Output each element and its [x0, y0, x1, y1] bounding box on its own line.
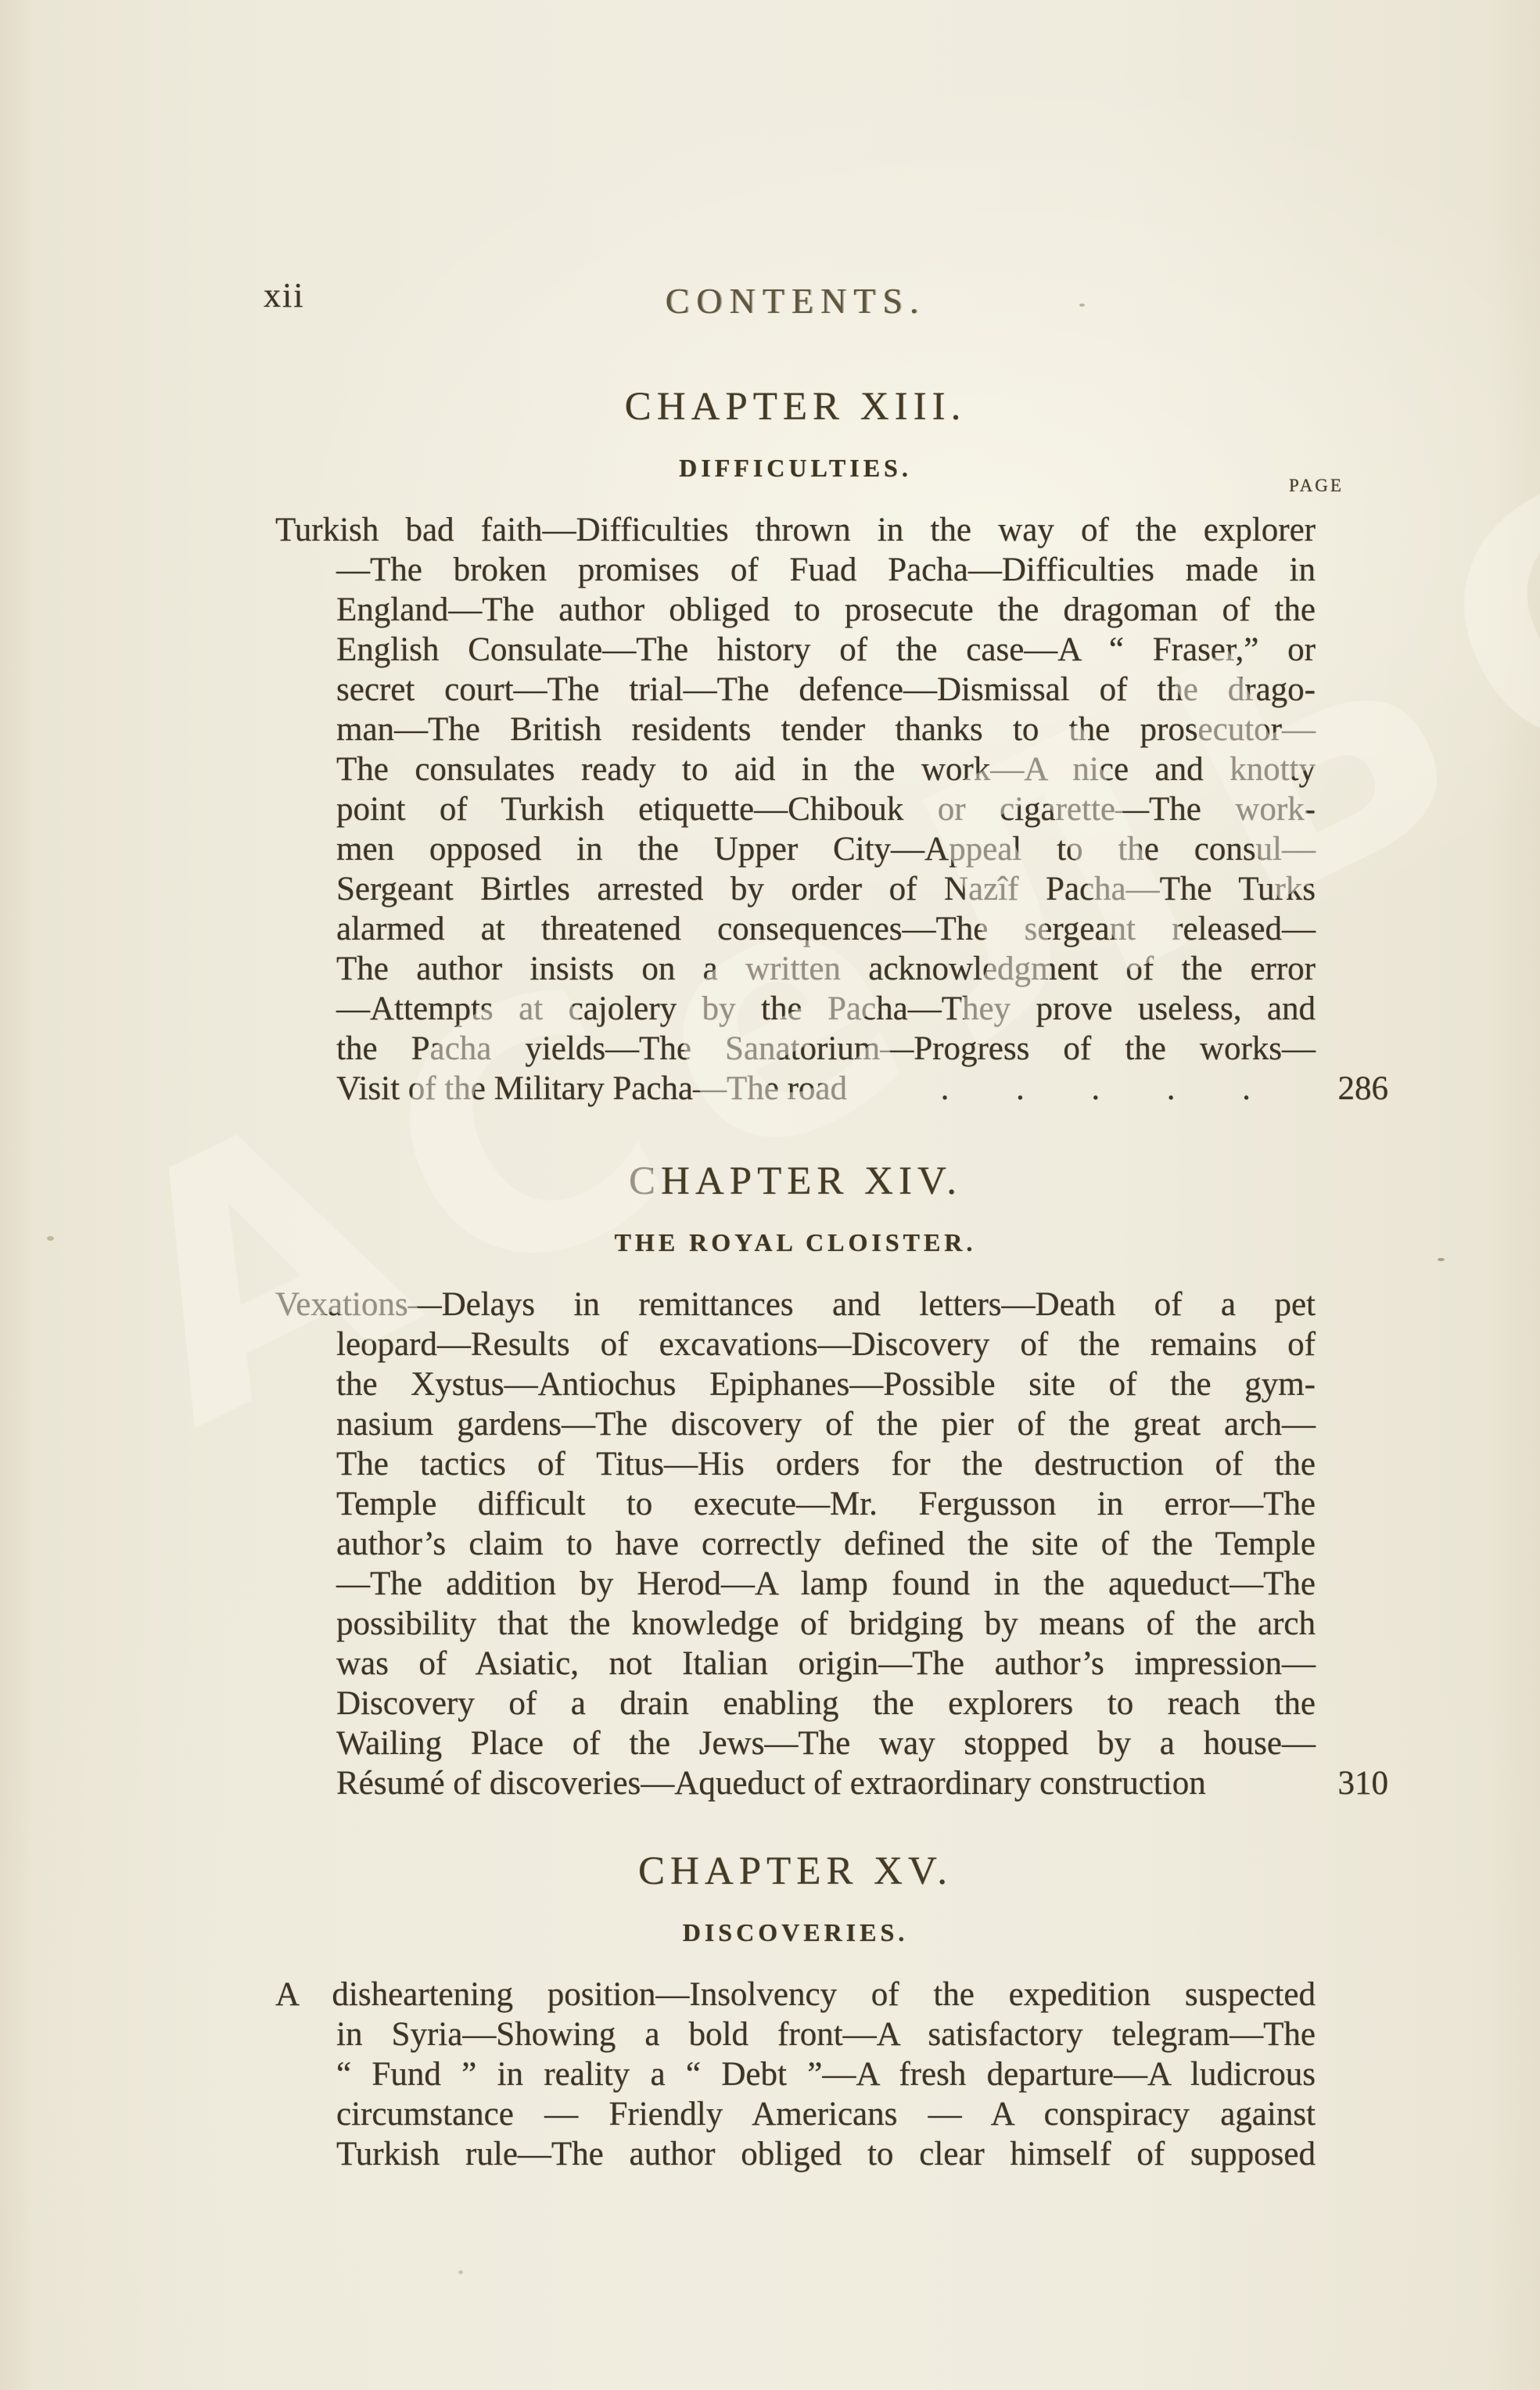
toc-line: in Syria—Showing a bold front—A satisfac… — [275, 2014, 1316, 2054]
toc-line: Turkish bad faith—Difficulties thrown in… — [275, 510, 1316, 550]
toc-line: point of Turkish etiquette—Chibouk or ci… — [275, 789, 1316, 829]
chapter-page-number: 286 — [1338, 1069, 1389, 1109]
toc-line: Wailing Place of the Jews—The way stoppe… — [275, 1723, 1316, 1763]
toc-line: Vexations—Delays in remittances and lett… — [275, 1285, 1316, 1324]
chapter-subtitle: DISCOVERIES. — [275, 1917, 1316, 1948]
leader-dot: . — [1016, 1069, 1025, 1109]
toc-line: The author insists on a written acknowle… — [275, 949, 1316, 989]
toc-line: men opposed in the Upper City—Appeal to … — [275, 829, 1316, 869]
toc-entry: Vexations—Delays in remittances and lett… — [275, 1285, 1388, 1803]
toc-line: Visit of the Military Pacha—The road — [275, 1069, 847, 1109]
toc-line: —Attempts at cajolery by the Pacha—They … — [275, 989, 1316, 1029]
leader-dot: . — [1167, 1069, 1176, 1109]
toc-line: author’s claim to have correctly defined… — [275, 1524, 1316, 1564]
leader-dot: . — [941, 1069, 949, 1109]
toc-line: circumstance — Friendly Americans — A co… — [275, 2094, 1316, 2134]
paper-speck — [1438, 1258, 1445, 1261]
toc-line: English Consulate—The history of the cas… — [275, 630, 1316, 670]
toc-line: was of Asiatic, not Italian origin—The a… — [275, 1644, 1316, 1684]
leader-dot: . — [1091, 1069, 1100, 1109]
toc-line: England—The author obliged to prosecute … — [275, 590, 1316, 630]
scanned-page: xii CONTENTS. PAGE CHAPTER XIII.DIFFICUL… — [0, 0, 1540, 2390]
toc-line: —The broken promises of Fuad Pacha—Diffi… — [275, 550, 1316, 590]
chapter-section: CHAPTER XIII.DIFFICULTIES.Turkish bad fa… — [275, 383, 1388, 430]
toc-line: The tactics of Titus—His orders for the … — [275, 1444, 1316, 1484]
toc-line: The consulates ready to aid in the work—… — [275, 749, 1316, 789]
toc-entry: A disheartening position—Insolvency of t… — [275, 1975, 1388, 2174]
toc-line: “ Fund ” in reality a “ Debt ”—A fresh d… — [275, 2054, 1316, 2094]
chapter-subtitle: THE ROYAL CLOISTER. — [275, 1227, 1316, 1258]
toc-line: nasium gardens—The discovery of the pier… — [275, 1404, 1316, 1444]
chapter-heading: CHAPTER XV. — [275, 1848, 1316, 1895]
paper-speck — [458, 2270, 463, 2274]
toc-line: the Xystus—Antiochus Epiphanes—Possible … — [275, 1364, 1316, 1404]
chapter-subtitle: DIFFICULTIES. — [275, 452, 1316, 483]
chapter-heading: CHAPTER XIII. — [275, 383, 1316, 430]
leader-dot: . — [1242, 1069, 1251, 1109]
dot-leaders: ..... — [847, 1069, 1338, 1109]
paper-speck — [47, 1236, 54, 1241]
toc-line: Discovery of a drain enabling the explor… — [275, 1684, 1316, 1723]
chapter-page-number: 310 — [1338, 1763, 1389, 1803]
toc-line: Sergeant Birtles arrested by order of Na… — [275, 869, 1316, 909]
toc-line: possibility that the knowledge of bridgi… — [275, 1604, 1316, 1644]
toc-entry: Turkish bad faith—Difficulties thrown in… — [275, 510, 1388, 1109]
toc-line: Temple difficult to execute—Mr. Fergusso… — [275, 1484, 1316, 1524]
toc-line: leopard—Results of excavations—Discovery… — [275, 1324, 1316, 1364]
toc-line: secret court—The trial—The defence—Dismi… — [275, 670, 1316, 710]
running-head: CONTENTS. — [275, 280, 1316, 322]
toc-line: Résumé of discoveries—Aqueduct of extrao… — [275, 1763, 1206, 1803]
toc-line: man—The British residents tender thanks … — [275, 710, 1316, 749]
toc-line: alarmed at threatened consequences—The s… — [275, 909, 1316, 949]
toc-end-line: Visit of the Military Pacha—The road....… — [275, 1069, 1388, 1109]
toc-end-line: Résumé of discoveries—Aqueduct of extrao… — [275, 1763, 1388, 1803]
toc-line: Turkish rule—The author obliged to clear… — [275, 2134, 1316, 2174]
chapter-section: CHAPTER XIV.THE ROYAL CLOISTER.Vexations… — [275, 1158, 1388, 1205]
chapter-heading: CHAPTER XIV. — [275, 1158, 1316, 1205]
chapter-section: CHAPTER XV.DISCOVERIES.A disheartening p… — [275, 1848, 1388, 1895]
toc-line: —The addition by Herod—A lamp found in t… — [275, 1564, 1316, 1604]
toc-line: A disheartening position—Insolvency of t… — [275, 1975, 1316, 2014]
toc-line: the Pacha yields—The Sanatorium—Progress… — [275, 1029, 1316, 1069]
